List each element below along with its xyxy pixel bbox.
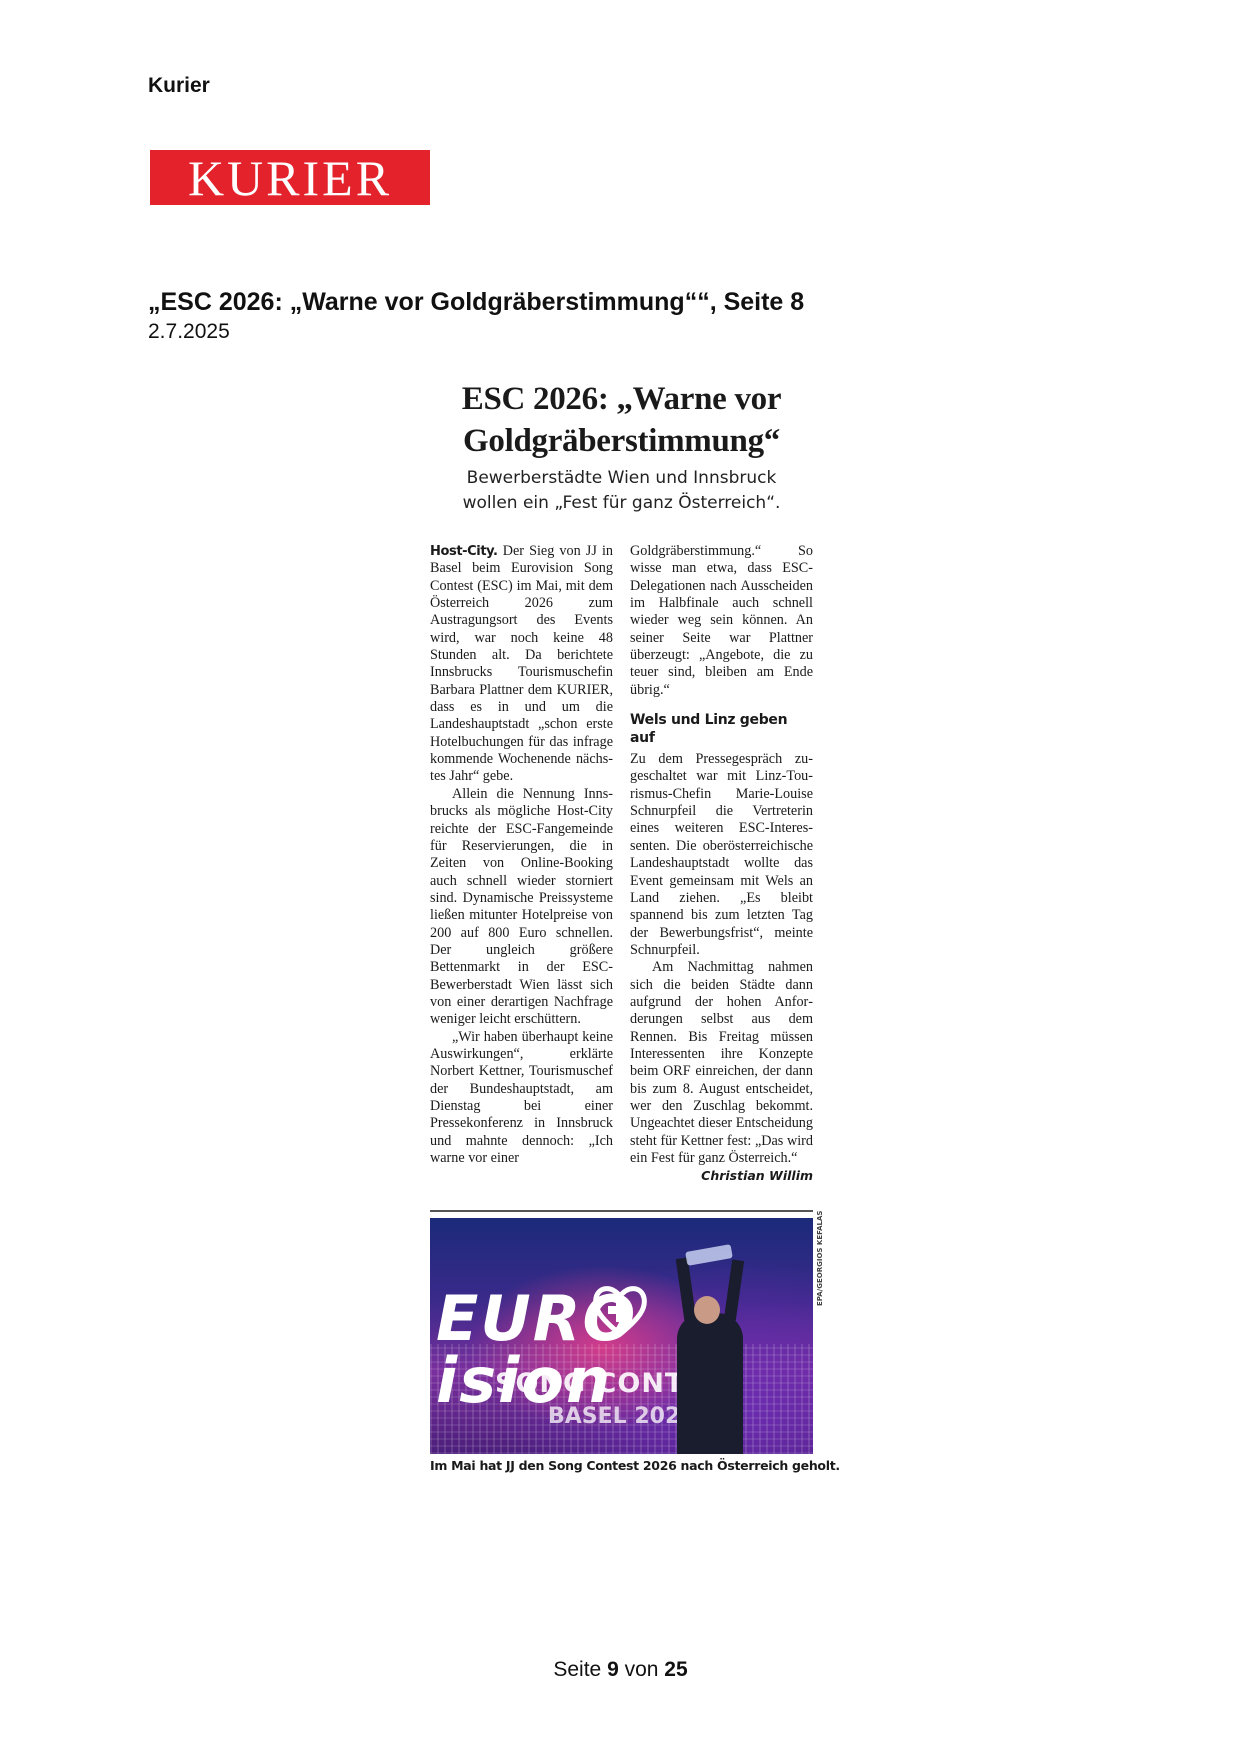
total-pages: 25 [664, 1658, 687, 1681]
paragraph: Zu dem Pressegespräch zu­geschaltet war … [630, 751, 813, 959]
article-header: ESC 2026: „Warne vor Goldgräberstimmung“… [430, 378, 813, 516]
footer-prefix: Seite [553, 1658, 607, 1681]
article-headline: ESC 2026: „Warne vor Goldgräberstimmung“ [430, 378, 813, 462]
paragraph: Goldgräberstimmung.“ So wisse man etwa, … [630, 543, 813, 699]
photo-credit-text: EPA/GEORGIOS KEFALAS [816, 1211, 824, 1306]
subheadline-line-2: wollen ein „Fest für ganz Österreich“. [463, 493, 781, 513]
document-date: 2.7.2025 [148, 320, 230, 344]
paragraph: „Wir haben überhaupt keine Auswirkungen“… [430, 1029, 613, 1168]
article-subheadline: Bewerberstädte Wien und Innsbruck wollen… [430, 466, 813, 516]
performer-figure [677, 1313, 743, 1454]
basel-text: BASEL 202 [548, 1404, 680, 1429]
headline-line-1: ESC 2026: „Warne vor [462, 381, 781, 417]
trophy-icon [685, 1244, 733, 1266]
photo-caption: Im Mai hat JJ den Song Contest 2026 nach… [430, 1458, 830, 1473]
author-byline: Christian Willim [630, 1167, 813, 1184]
heart-cross-icon [590, 1280, 650, 1340]
article-body: Host-City. Der Sieg von JJ in Basel beim… [430, 543, 813, 1185]
section-subheading: Wels und Linz geben auf [630, 711, 813, 747]
photo-credit: EPA/GEORGIOS KEFALAS [816, 1216, 828, 1306]
footer-middle: von [619, 1658, 665, 1681]
lead-in: Host-City. [430, 544, 498, 559]
logo-text: KURIER [188, 153, 392, 203]
performer-head [694, 1296, 720, 1324]
article-column-2: Goldgräberstimmung.“ So wisse man etwa, … [630, 543, 813, 1185]
article-column-1: Host-City. Der Sieg von JJ in Basel beim… [430, 543, 613, 1185]
subheadline-line-1: Bewerberstädte Wien und Innsbruck [467, 468, 777, 488]
photo-divider [430, 1210, 813, 1212]
source-name: Kurier [148, 74, 210, 98]
page-footer: Seite 9 von 25 [0, 1658, 1241, 1682]
article-photo: EUROision SONG CONT T BASEL 202 [430, 1218, 813, 1454]
document-title: „ESC 2026: „Warne vor Goldgräberstimmung… [148, 288, 804, 317]
current-page-number: 9 [607, 1658, 619, 1681]
paragraph: Allein die Nennung Inns­brucks als mögli… [430, 786, 613, 1029]
paragraph-text: Der Sieg von JJ in Basel beim Eurovision… [430, 543, 613, 784]
headline-line-2: Goldgräberstimmung“ [463, 423, 780, 459]
kurier-logo: KURIER [150, 150, 430, 205]
paragraph: Am Nachmittag nahmen sich die beiden Stä… [630, 959, 813, 1167]
paragraph: Host-City. Der Sieg von JJ in Basel beim… [430, 543, 613, 786]
